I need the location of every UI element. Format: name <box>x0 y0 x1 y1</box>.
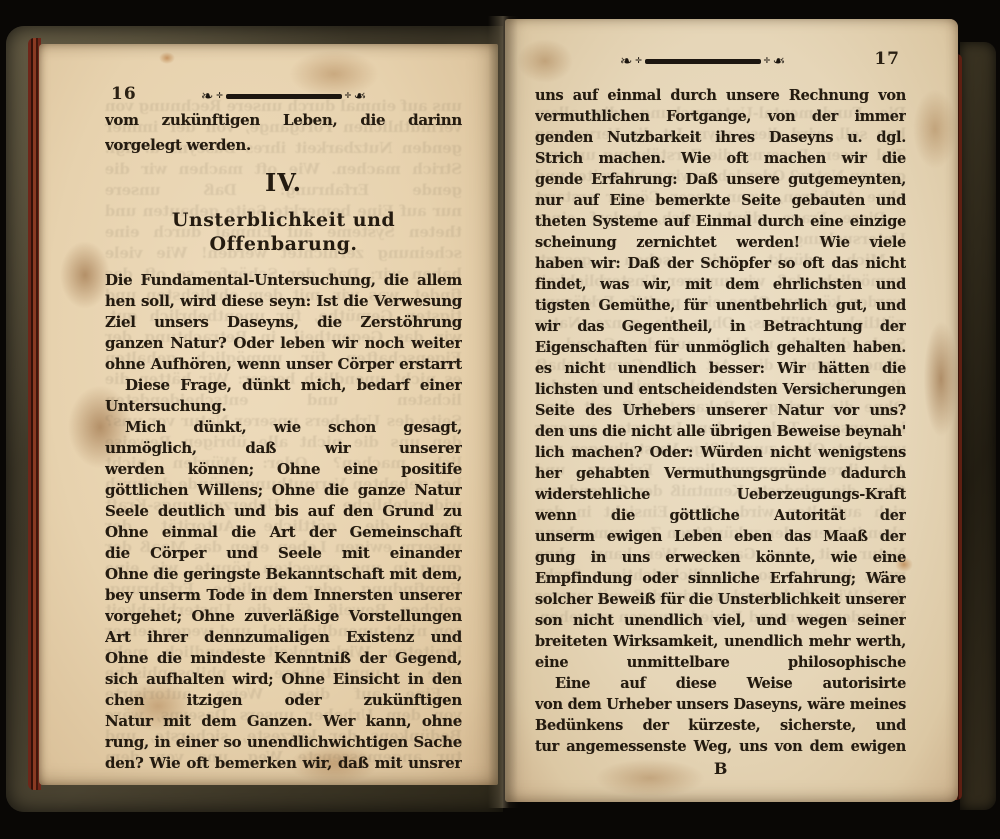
left-page: uns auf einmal durch unsere Rechnung von… <box>39 44 498 785</box>
text-line: uns auf einmal durch unsere Rechnung von… <box>535 85 906 106</box>
stain <box>59 240 111 310</box>
text-line: ohne Aufhören, wenn unser Cörper erstarr… <box>105 354 462 375</box>
text-line: chen itzigen oder zukünftigen Zusammenha… <box>105 690 462 711</box>
text-line: die Cörper und Seele mit einander unterh… <box>105 543 462 564</box>
text-line: rung, in einer so unendlichwichtigen Sac… <box>105 732 462 753</box>
rule-bar <box>226 94 342 99</box>
text-line: vorgelegt werden. <box>105 133 462 158</box>
text-line: widerstehliche Ueberzeugungs-Kraft gewin… <box>535 484 906 505</box>
text-line: her gehabten Vermuthungsgründe dadurch e… <box>535 463 906 484</box>
left-page-header: 16 ❧ ✛ ✛ ❧ <box>105 84 462 108</box>
text-line: Ohne die mindeste Kenntniß der Gegend, w… <box>105 648 462 669</box>
text-line: wenn die göttliche Autorität der Versich… <box>535 505 906 526</box>
text-line: Mich dünkt, wie schon gesagt, schlechter… <box>105 417 462 438</box>
text-line: Art ihrer dennzumaligen Existenz und Wir… <box>105 627 462 648</box>
text-line: Natur mit dem Ganzen. Wer kann, ohne Off… <box>105 711 462 732</box>
paragraph: Eine auf diese Weise autorisirte Offenba… <box>535 673 906 757</box>
header-rule-ornament: ❧ ✛ ✛ ❧ <box>535 49 888 73</box>
text-line: unserm ewigen Leben eben das Maaß der Ue… <box>535 526 906 547</box>
text-line: son nicht unendlich viel, und wegen sein… <box>535 610 906 631</box>
text-line: Ohne die geringste Bekanntschaft mit dem… <box>105 564 462 585</box>
paragraph: Die Fundamental-Untersuchung, die allem … <box>105 270 462 375</box>
text-line: eine unmittelbare philosophische Demonst… <box>535 652 906 673</box>
text-line: haben wir: Daß der Schöpfer so oft das n… <box>535 253 906 274</box>
text-line: breiteten Wirksamkeit, unendlich mehr we… <box>535 631 906 652</box>
text-line: werden können; Ohne eine positife Erklär… <box>105 459 462 480</box>
text-line: den uns die nicht alle übrigen Beweise b… <box>535 421 906 442</box>
text-line: lich machen? Oder: Würden nicht wenigste… <box>535 442 906 463</box>
body-text: uns auf einmal durch unsere Rechnung von… <box>535 85 906 757</box>
cross-tick-icon: ✛ <box>635 57 641 65</box>
text-line: Seele deutlich und bis auf den Grund zu … <box>105 501 462 522</box>
text-line: scheinung zernichtet werden! Wie viele B… <box>535 232 906 253</box>
paragraph: Diese Frage, dünkt mich, bedarf einer st… <box>105 375 462 417</box>
right-page-header: ❧ ✛ ✛ ❧ 17 <box>535 49 906 73</box>
text-line: gung in uns erwecken könnte, wie eine un… <box>535 547 906 568</box>
cross-tick-icon: ✛ <box>345 92 351 100</box>
text-line: tur angemessenste Weg, uns von dem ewige… <box>535 736 906 757</box>
text-line: göttlichen Willens; Ohne die ganze Natur… <box>105 480 462 501</box>
fleuron-icon: ❧ <box>354 89 366 104</box>
body-text: Die Fundamental-Untersuchung, die allem … <box>105 270 462 771</box>
text-line: solcher Beweiß für die Unsterblichkeit u… <box>535 589 906 610</box>
text-line: Untersuchung. <box>105 396 462 417</box>
text-line: von dem Urheber unsers Daseyns, wäre mei… <box>535 694 906 715</box>
text-line: Eine auf diese Weise autorisirte Offenba… <box>535 673 906 694</box>
fleuron-icon: ❧ <box>201 89 213 104</box>
text-line: Ohne einmal die Art der Gemeinschaft ein… <box>105 522 462 543</box>
rule-bar <box>645 59 761 64</box>
continued-paragraph: vom zukünftigen Leben, die darinn vorkom… <box>105 108 462 158</box>
right-page: Die Fundamental-Untersuchung, die allem … <box>505 19 958 802</box>
text-line: wir das Gegentheil, in Betrachtung der g… <box>535 316 906 337</box>
text-line: es nicht unendlich besser: Wir hätten di… <box>535 358 906 379</box>
text-line: gende Erfahrung: Daß unsere gutgemeynten… <box>535 169 906 190</box>
section-title: Unsterblichkeit und Offenbarung. <box>105 208 462 256</box>
text-line: nur auf Eine bemerkte Seite gebauten und… <box>535 190 906 211</box>
text-line: hen soll, wird diese seyn: Ist die Verwe… <box>105 291 462 312</box>
cross-tick-icon: ✛ <box>764 57 770 65</box>
text-line: den? Wie oft bemerken wir, daß mit unsre… <box>105 753 462 771</box>
text-line: Eigenschaften für unmöglich gehalten hab… <box>535 337 906 358</box>
page-number-left: 16 <box>111 84 137 104</box>
text-line: vermuthlichen Fortgange, von der immer h… <box>535 106 906 127</box>
stain <box>923 319 959 439</box>
text-line: Strich machen. Wie oft machen wir die de… <box>535 148 906 169</box>
text-line: ganzen Natur? Oder leben wir noch weiter… <box>105 333 462 354</box>
text-line: unmöglich, daß wir unserer Unsterblichke… <box>105 438 462 459</box>
paragraph: Mich dünkt, wie schon gesagt, schlechter… <box>105 417 462 771</box>
text-line: genden Nutzbarkeit ihres Daseyns u. dgl.… <box>535 127 906 148</box>
text-line: Diese Frage, dünkt mich, bedarf einer st… <box>105 375 462 396</box>
text-line: sich aufhalten wird; Ohne Einsicht in de… <box>105 669 462 690</box>
stain <box>159 52 175 64</box>
text-line: Seite des Urhebers unserer Natur vor uns… <box>535 400 906 421</box>
fleuron-icon: ❧ <box>620 54 632 69</box>
right-cover-board <box>960 42 996 810</box>
text-line: tigsten Gemüthe, für unentbehrlich gut, … <box>535 295 906 316</box>
cross-tick-icon: ✛ <box>216 92 222 100</box>
text-line: lichsten und entscheidendsten Versicheru… <box>535 379 906 400</box>
text-line: findet, was wir, mit dem ehrlichsten und… <box>535 274 906 295</box>
text-line: Empfindung oder sinnliche Erfahrung; Wär… <box>535 568 906 589</box>
text-line: Die Fundamental-Untersuchung, die allem … <box>105 270 462 291</box>
header-rule-ornament: ❧ ✛ ✛ ❧ <box>105 84 462 108</box>
text-line: vom zukünftigen Leben, die darinn vorkom… <box>105 108 462 133</box>
text-line: Ziel unsers Daseyns, die Zerstöhrung uns… <box>105 312 462 333</box>
section-number: IV. <box>105 170 462 196</box>
right-page-text-column: ❧ ✛ ✛ ❧ 17 uns auf einmal durch unsere R… <box>535 49 906 788</box>
stain <box>913 89 957 169</box>
page-number-right: 17 <box>874 49 900 69</box>
left-page-text-column: 16 ❧ ✛ ✛ ❧ vom zukünftigen Leben, die da… <box>105 84 462 771</box>
text-line: vorgehet; Ohne zuverläßige Vorstellungen… <box>105 606 462 627</box>
signature-mark: B <box>535 758 906 780</box>
fleuron-icon: ❧ <box>773 54 785 69</box>
text-line: bey unserm Tode in dem Innersten unserer… <box>105 585 462 606</box>
text-line: theten Systeme auf Einmal durch eine ein… <box>535 211 906 232</box>
text-line: Bedünkens der kürzeste, sicherste, und u… <box>535 715 906 736</box>
paragraph: uns auf einmal durch unsere Rechnung von… <box>535 85 906 673</box>
